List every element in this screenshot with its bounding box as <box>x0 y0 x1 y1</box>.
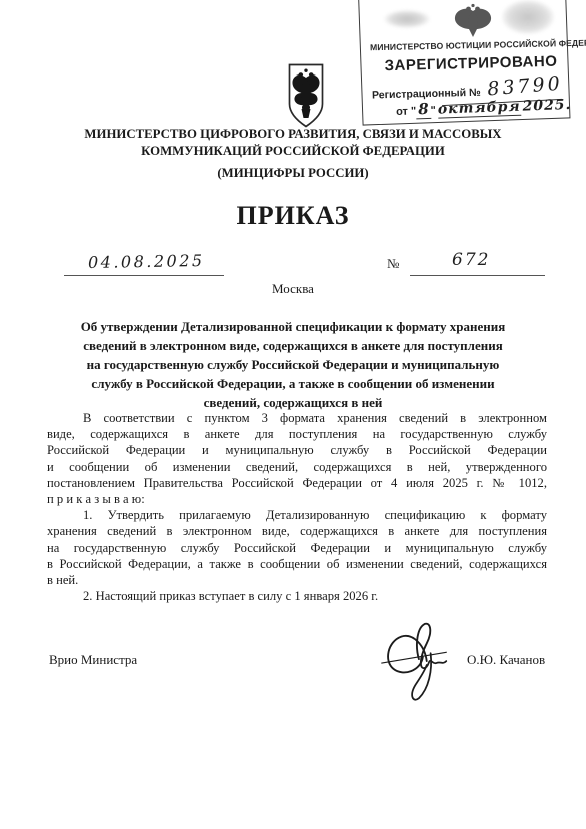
body-item-1-tail: в ней. <box>47 572 547 588</box>
city-name: Москва <box>0 281 586 297</box>
ministry-short-name: (МИНЦИФРЫ РОССИИ) <box>0 166 586 181</box>
number-underline <box>410 275 545 276</box>
order-number-label: № <box>387 256 399 272</box>
stamp-quote-close: " <box>430 105 436 117</box>
ink-smudge-right <box>502 0 554 34</box>
signer-name: О.Ю. Качанов <box>467 652 545 668</box>
stamp-date-month-handwritten: октября <box>438 99 521 119</box>
stamp-date-prefix: от <box>396 106 408 118</box>
order-document-page: МИНИСТЕРСТВО ЮСТИЦИИ РОССИЙСКОЙ ФЕДЕРАЦИ… <box>0 0 586 829</box>
stamp-date-day-handwritten: 8 <box>416 100 431 119</box>
body-intro-tail: п р и к а з ы в а ю: <box>47 491 547 507</box>
body-item-1: 1. Утвердить прилагаемую Детализированну… <box>47 507 547 572</box>
stamp-eagle-icon <box>452 2 494 38</box>
russia-coat-of-arms-icon <box>286 62 326 130</box>
document-title: ПРИКАЗ <box>0 201 586 231</box>
stamp-date-year-handwritten: 2025. <box>522 97 571 115</box>
ministry-name: МИНИСТЕРСТВО ЦИФРОВОГО РАЗВИТИЯ, СВЯЗИ И… <box>0 126 586 160</box>
order-number-handwritten: 672 <box>452 250 490 270</box>
order-subject: Об утверждении Детализированной специфик… <box>47 317 539 412</box>
order-date-handwritten: 04.08.2025 <box>88 251 205 272</box>
signer-position: Врио Министра <box>49 652 137 668</box>
body-item-2: 2. Настоящий приказ вступает в силу с 1 … <box>47 588 547 604</box>
signature-scribble <box>374 620 456 708</box>
body-intro-paragraph: В соответствии с пунктом 3 формата хране… <box>47 410 547 491</box>
date-underline <box>64 275 224 276</box>
ink-smudge-left <box>384 10 430 28</box>
registration-number-handwritten: 83790 <box>486 75 563 100</box>
order-body: В соответствии с пунктом 3 формата хране… <box>47 410 547 604</box>
